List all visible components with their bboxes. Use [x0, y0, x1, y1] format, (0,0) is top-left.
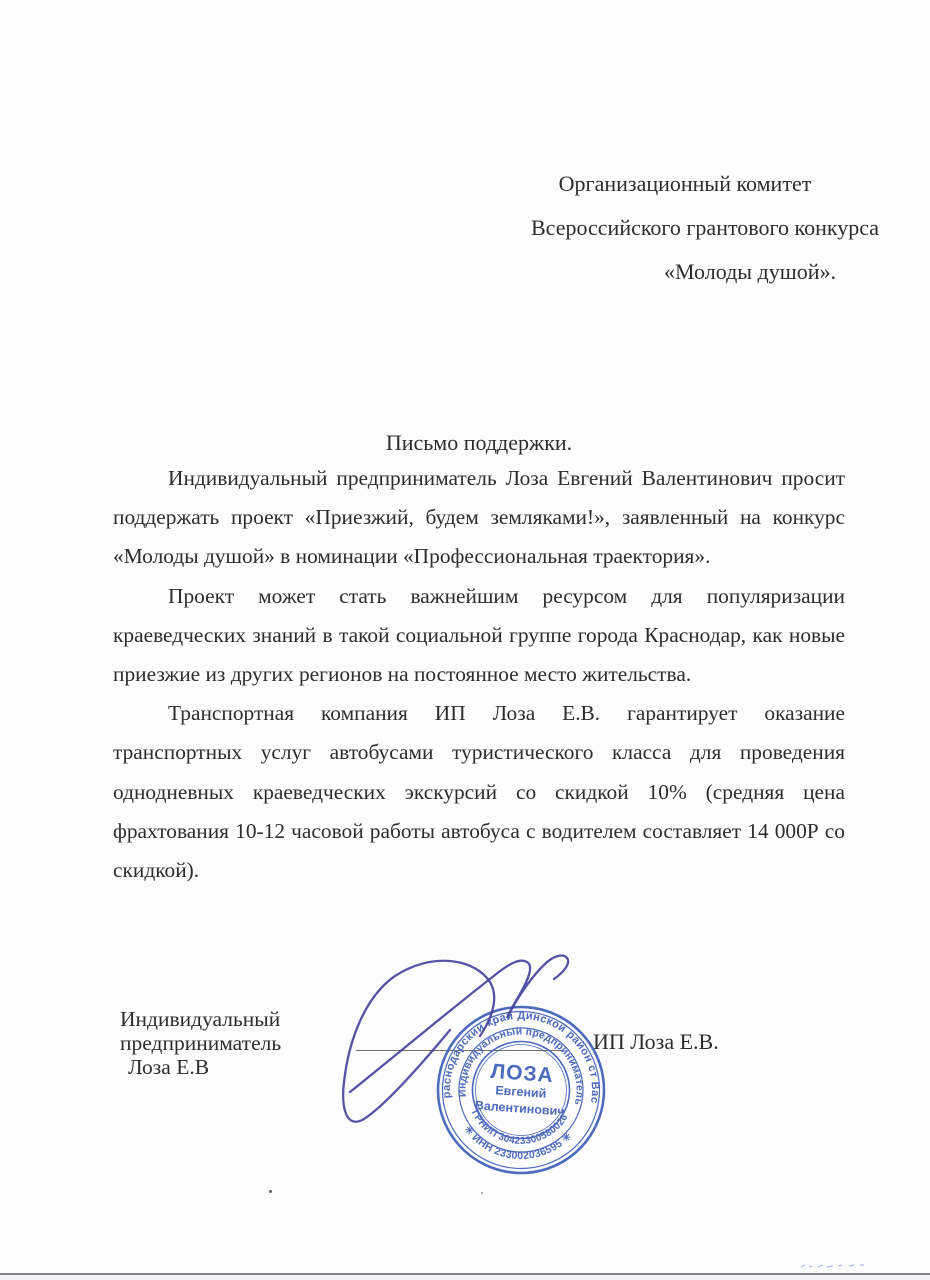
- scan-edge-line: [0, 1273, 930, 1275]
- scan-speck: [269, 1190, 272, 1193]
- paragraph: Транспортная компания ИП Лоза Е.В. гаран…: [113, 694, 845, 890]
- signatory-line: Лоза Е.В: [120, 1055, 281, 1079]
- letter-body: Индивидуальный предприниматель Лоза Евге…: [113, 459, 845, 890]
- paragraph: Индивидуальный предприниматель Лоза Евге…: [113, 459, 845, 577]
- scan-edge-strip: [0, 1275, 930, 1280]
- scan-blue-smudge: [798, 1260, 870, 1270]
- recipient-line: «Молоды душой».: [590, 250, 910, 294]
- recipient-block: Организационный комитет Всероссийского г…: [545, 162, 865, 294]
- scanned-letter-page: Организационный комитет Всероссийского г…: [0, 0, 930, 1280]
- handwritten-signature: [335, 935, 585, 1145]
- signatory-line: предприниматель: [120, 1031, 281, 1055]
- scan-speck: [481, 1192, 483, 1194]
- letter-title: Письмо поддержки.: [113, 423, 845, 462]
- recipient-line: Всероссийского грантового конкурса: [531, 206, 851, 250]
- recipient-line: Организационный комитет: [525, 162, 845, 206]
- paragraph: Проект может стать важнейшим ресурсом дл…: [113, 577, 845, 695]
- signatory-block: Индивидуальный предприниматель Лоза Е.В: [120, 1007, 281, 1079]
- signatory-line: Индивидуальный: [120, 1007, 281, 1031]
